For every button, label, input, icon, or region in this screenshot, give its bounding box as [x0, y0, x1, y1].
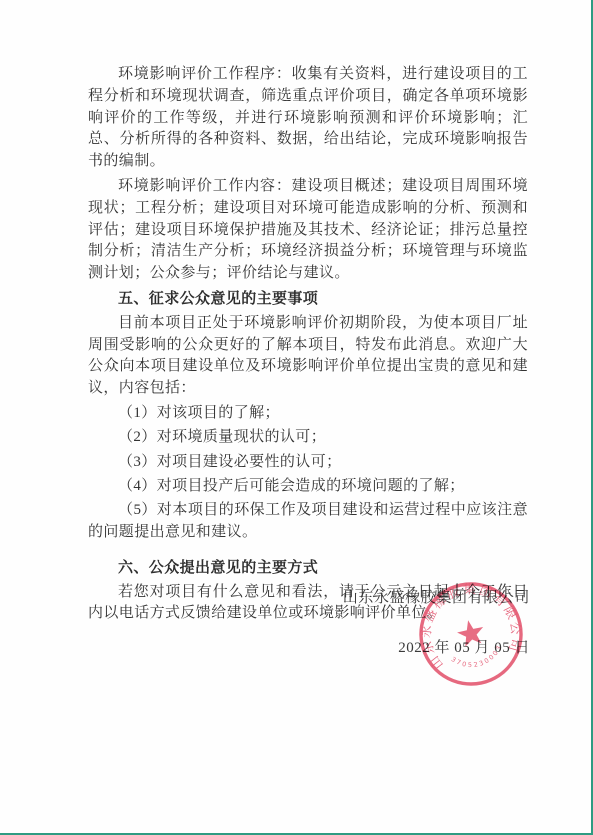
section-5-intro: 目前本项目正处于环境影响评价初期阶段，为使本项目厂址周围受影响的公众更好的了解本…: [88, 313, 528, 400]
list-item: （5）对本项目的环保工作及项目建设和运营过程中应该注意的问题提出意见和建议。: [88, 500, 528, 544]
list-item: （1）对该项目的了解；: [88, 403, 528, 425]
section-6-heading: 六、公众提出意见的主要方式: [88, 558, 528, 580]
scanned-document-page: 环境影响评价工作程序：收集有关资料，进行建设项目的工程分析和环境现状调查，筛选重…: [0, 0, 593, 835]
signature-date: 2022 年 05 月 05 日: [398, 636, 530, 657]
list-item: （2）对环境质量现状的认可；: [88, 427, 528, 449]
document-body: 环境影响评价工作程序：收集有关资料，进行建设项目的工程分析和环境现状调查，筛选重…: [88, 64, 528, 628]
section-5-heading: 五、征求公众意见的主要事项: [88, 289, 528, 311]
paragraph-eia-content: 环境影响评价工作内容：建设项目概述；建设项目周围环境现状；工程分析；建设项目对环…: [88, 176, 528, 285]
list-item: （3）对项目建设必要性的认可；: [88, 452, 528, 474]
paragraph-eia-procedure: 环境影响评价工作程序：收集有关资料，进行建设项目的工程分析和环境现状调查，筛选重…: [88, 64, 528, 173]
signature-company-name: 山东永盛橡胶集团有限公司: [343, 586, 530, 607]
list-item: （4）对项目投产后可能会造成的环境问题的了解；: [88, 476, 528, 498]
